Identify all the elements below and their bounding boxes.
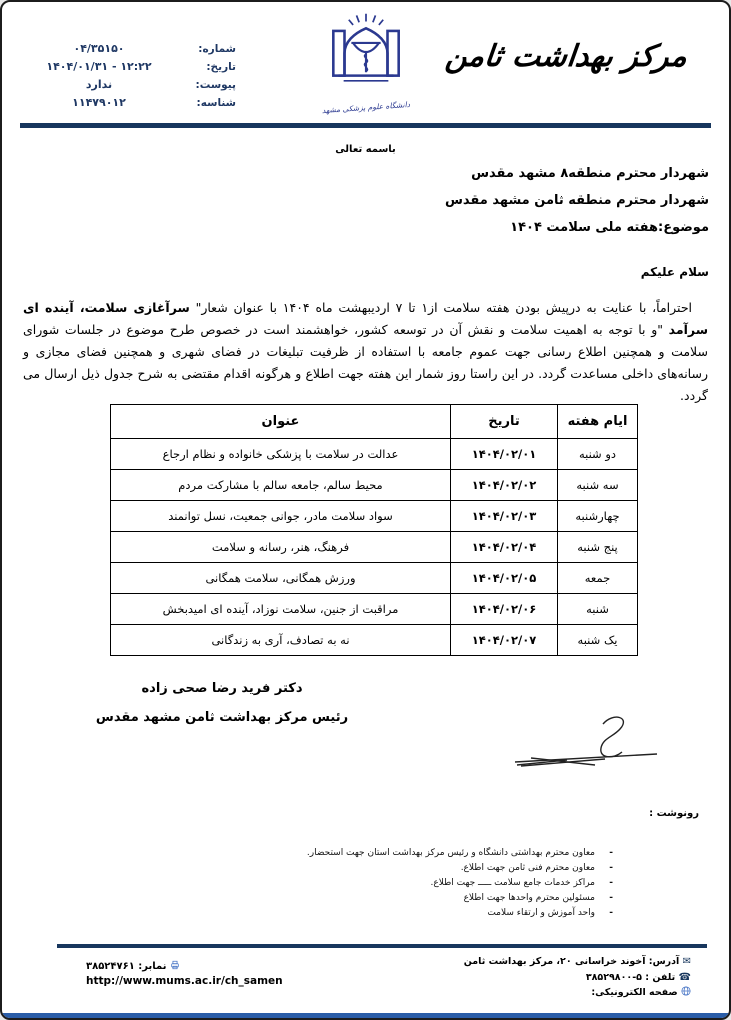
cell-day: شنبه [558, 594, 638, 625]
cell-date: ۱۴۰۴/۰۲/۰۷ [451, 625, 558, 656]
meta-attachment: پیوست: ندارد [14, 78, 236, 91]
table-row: سه شنبه ۱۴۰۴/۰۲/۰۲ محیط سالم، جامعه سالم… [111, 470, 638, 501]
university-logo: دانشگاه علوم پزشکی مشهد [303, 12, 429, 112]
university-emblem-icon [314, 12, 418, 98]
body-paragraph: احتراماً، با عنایت به درپیش بودن هفته سل… [23, 297, 708, 407]
cc-list: -معاون محترم بهداشتی دانشگاه و رئیس مرکز… [307, 848, 613, 923]
meta-date: تاریخ: ۱۴۰۴/۰۱/۳۱ - ۱۲:۲۲ [14, 60, 236, 73]
footer-phone-text: تلفن : ۵-۳۸۵۲۹۸۰۰ [586, 972, 675, 983]
footer-fax-line: نمابر: ۳۸۵۲۴۷۶۱ [86, 960, 283, 972]
cell-title: عدالت در سلامت با پزشکی خانواده و نظام ا… [111, 439, 451, 470]
footer-contact-block: ✉ آدرس: آخوند خراسانی ۲۰، مرکز بهداشت ثا… [464, 954, 691, 1001]
signer-role: رئیس مرکز بهداشت ثامن مشهد مقدس [72, 703, 372, 732]
recipient-block: شهردار محترم منطقه۸ مشهد مقدس شهردار محت… [445, 160, 709, 241]
cell-day: دو شنبه [558, 439, 638, 470]
table-row: چهارشنبه ۱۴۰۴/۰۲/۰۳ سواد سلامت مادر، جوا… [111, 501, 638, 532]
meta-attachment-label: پیوست: [184, 79, 236, 91]
basmala: باسمه تعالی [2, 144, 729, 155]
handwritten-signature [507, 710, 662, 780]
phone-icon: ☎ [679, 972, 691, 983]
cc-item: -مسئولین محترم واحدها جهت اطلاع [307, 893, 613, 903]
table-row: پنج شنبه ۱۴۰۴/۰۲/۰۴ فرهنگ، هنر، رسانه و … [111, 532, 638, 563]
fax-icon [170, 960, 180, 970]
cell-title: فرهنگ، هنر، رسانه و سلامت [111, 532, 451, 563]
salutation: سلام علیکم [641, 265, 709, 279]
recipient-line-1: شهردار محترم منطقه۸ مشهد مقدس [445, 160, 709, 187]
meta-id-value: ۱۱۴۷۹۰۱۲ [14, 96, 184, 109]
body-text-after: "و با توجه به اهمیت سلامت و نقش آن در تو… [23, 322, 708, 403]
cc-dash: - [595, 893, 613, 903]
meta-number-value: ۰۴/۳۵۱۵۰ [14, 42, 184, 55]
cc-dash: - [595, 908, 613, 918]
meta-attachment-value: ندارد [14, 78, 184, 91]
cc-item-text: مسئولین محترم واحدها جهت اطلاع [464, 893, 595, 903]
table-row: شنبه ۱۴۰۴/۰۲/۰۶ مراقبت از جنین، سلامت نو… [111, 594, 638, 625]
cell-day: یک شنبه [558, 625, 638, 656]
table-header-row: ایام هفته تاریخ عنوان [111, 405, 638, 439]
cell-day: چهارشنبه [558, 501, 638, 532]
cell-day: پنج شنبه [558, 532, 638, 563]
page-bottom-edge [2, 1013, 729, 1018]
cc-dash: - [595, 863, 613, 873]
recipient-line-2: شهردار محترم منطقه ثامن مشهد مقدس [445, 187, 709, 214]
header-divider [20, 123, 711, 128]
letter-meta: شماره: ۰۴/۳۵۱۵۰ تاریخ: ۱۴۰۴/۰۱/۳۱ - ۱۲:۲… [14, 42, 236, 114]
cc-item-text: مراکز خدمات جامع سلامت ـــــ جهت اطلاع. [430, 878, 595, 888]
cell-day: سه شنبه [558, 470, 638, 501]
cell-date: ۱۴۰۴/۰۲/۰۳ [451, 501, 558, 532]
footer-url: http://www.mums.ac.ir/ch_samen [86, 975, 283, 987]
meta-number-label: شماره: [184, 43, 236, 55]
cell-title: محیط سالم، جامعه سالم با مشارکت مردم [111, 470, 451, 501]
cell-date: ۱۴۰۴/۰۲/۰۶ [451, 594, 558, 625]
footer-epage-text: صفحه الکترونیکی: [591, 987, 677, 998]
cc-dash: - [595, 848, 613, 858]
cc-item-text: معاون محترم فنی ثامن جهت اطلاع. [461, 863, 595, 873]
footer-address-text: آدرس: آخوند خراسانی ۲۰، مرکز بهداشت ثامن [464, 956, 680, 967]
header-cell-day: ایام هفته [558, 405, 638, 439]
envelope-icon: ✉ [683, 956, 691, 967]
table-row: جمعه ۱۴۰۴/۰۲/۰۵ ورزش همگانی، سلامت همگان… [111, 563, 638, 594]
cell-date: ۱۴۰۴/۰۲/۰۴ [451, 532, 558, 563]
org-title-calligraphy: مرکز بهداشت ثامن [427, 24, 704, 94]
footer-phone-line: ☎ تلفن : ۵-۳۸۵۲۹۸۰۰ [464, 970, 691, 986]
cc-item-text: واحد آموزش و ارتقاء سلامت [487, 908, 595, 918]
cc-item: -معاون محترم بهداشتی دانشگاه و رئیس مرکز… [307, 848, 613, 858]
cc-item-text: معاون محترم بهداشتی دانشگاه و رئیس مرکز … [307, 848, 595, 858]
meta-date-value: ۱۴۰۴/۰۱/۳۱ - ۱۲:۲۲ [14, 60, 184, 73]
signature-block: دکتر فرید رضا صحی زاده رئیس مرکز بهداشت … [72, 674, 372, 732]
table-row: یک شنبه ۱۴۰۴/۰۲/۰۷ نه به تصادف، آری به ز… [111, 625, 638, 656]
cell-date: ۱۴۰۴/۰۲/۰۱ [451, 439, 558, 470]
meta-id: شناسه: ۱۱۴۷۹۰۱۲ [14, 96, 236, 109]
header-cell-title: عنوان [111, 405, 451, 439]
cell-date: ۱۴۰۴/۰۲/۰۲ [451, 470, 558, 501]
signer-name: دکتر فرید رضا صحی زاده [72, 674, 372, 703]
cc-dash: - [595, 878, 613, 888]
meta-id-label: شناسه: [184, 97, 236, 109]
cell-title: مراقبت از جنین، سلامت نوزاد، آینده ای ام… [111, 594, 451, 625]
logo-caption: دانشگاه علوم پزشکی مشهد [303, 99, 429, 117]
footer-epage-line: صفحه الکترونیکی: [464, 985, 691, 1001]
footer-fax-url-block: نمابر: ۳۸۵۲۴۷۶۱ http://www.mums.ac.ir/ch… [86, 960, 283, 987]
cc-item: -معاون محترم فنی ثامن جهت اطلاع. [307, 863, 613, 873]
globe-icon [681, 986, 691, 996]
cell-date: ۱۴۰۴/۰۲/۰۵ [451, 563, 558, 594]
cell-title: ورزش همگانی، سلامت همگانی [111, 563, 451, 594]
table-row: دو شنبه ۱۴۰۴/۰۲/۰۱ عدالت در سلامت با پزش… [111, 439, 638, 470]
meta-number: شماره: ۰۴/۳۵۱۵۰ [14, 42, 236, 55]
cc-item: -مراکز خدمات جامع سلامت ـــــ جهت اطلاع. [307, 878, 613, 888]
header-cell-date: تاریخ [451, 405, 558, 439]
footer-divider [57, 944, 707, 948]
footer-fax-text: نمابر: ۳۸۵۲۴۷۶۱ [86, 961, 167, 972]
cell-title: سواد سلامت مادر، جوانی جمعیت، نسل توانمن… [111, 501, 451, 532]
subject-line: موضوع:هفته ملی سلامت ۱۴۰۴ [445, 214, 709, 241]
footer-address-line: ✉ آدرس: آخوند خراسانی ۲۰، مرکز بهداشت ثا… [464, 954, 691, 970]
cell-day: جمعه [558, 563, 638, 594]
health-week-schedule-table: ایام هفته تاریخ عنوان دو شنبه ۱۴۰۴/۰۲/۰۱… [110, 404, 638, 656]
body-text-before: احتراماً، با عنایت به درپیش بودن هفته سل… [190, 300, 692, 315]
letter-page: مرکز بهداشت ثامن دانشگاه علوم پزشکی مشهد… [0, 0, 731, 1020]
cell-title: نه به تصادف، آری به زندگانی [111, 625, 451, 656]
meta-date-label: تاریخ: [184, 61, 236, 73]
cc-label: رونوشت : [649, 808, 699, 819]
cc-item: -واحد آموزش و ارتقاء سلامت [307, 908, 613, 918]
